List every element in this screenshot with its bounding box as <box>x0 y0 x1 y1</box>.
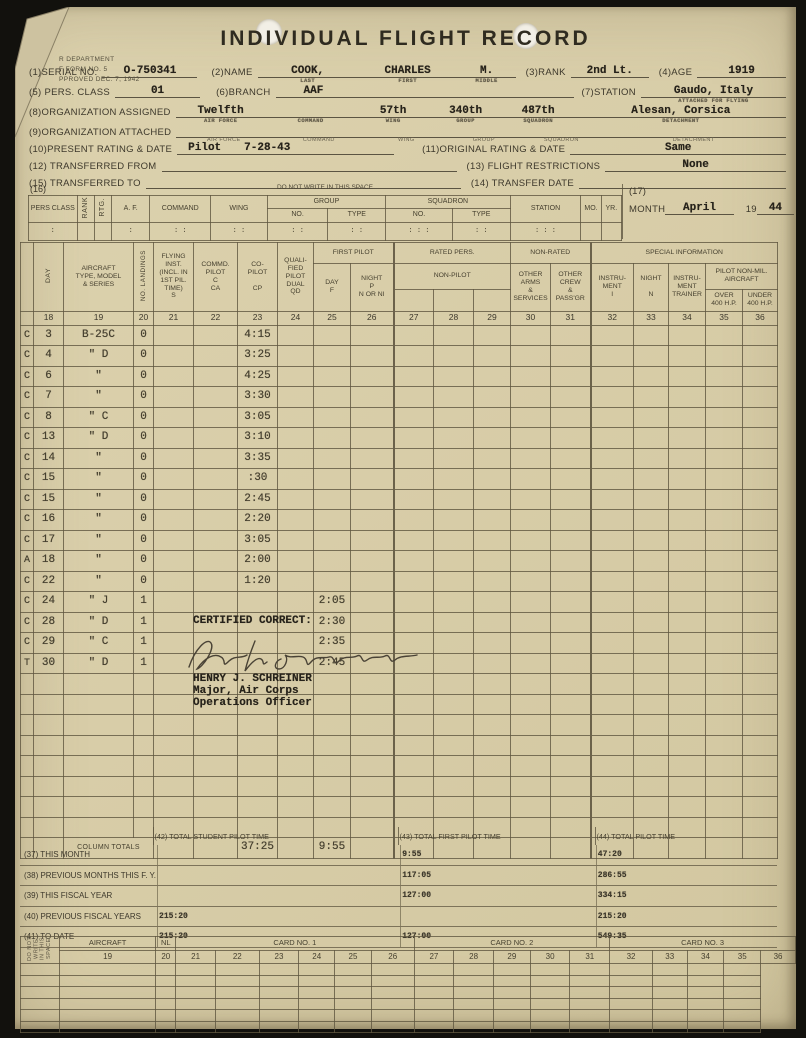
original-rating-value: Same <box>570 140 786 155</box>
header-col28-blank <box>434 289 474 311</box>
cell-32 <box>591 592 634 613</box>
header-col29-blank <box>474 289 511 311</box>
station-value: Gaudo, ItalyATTACHED FOR FLYING <box>641 83 786 98</box>
flight-restrictions-value: None <box>605 157 786 172</box>
org-assigned-wing: 57thWING <box>356 103 431 118</box>
cell-27 <box>394 428 434 449</box>
landings-cell: 1 <box>134 612 154 633</box>
aircraft-cell: " <box>64 571 134 592</box>
cell-34 <box>669 510 706 531</box>
landings-cell: 1 <box>134 633 154 654</box>
cell-36 <box>743 633 778 654</box>
landings-cell: 0 <box>134 366 154 387</box>
cell-24 <box>278 530 314 551</box>
header-night-p: NIGHT P N OR NI <box>351 263 394 311</box>
summary-table: (42) TOTAL STUDENT PILOT TIME (43) TOTAL… <box>20 827 777 845</box>
flight-table: DAY AIRCRAFT TYPE, MODEL & SERIES NO. LA… <box>20 242 778 859</box>
total-pilot-time: 215:20 <box>596 906 777 927</box>
cell-33 <box>634 592 669 613</box>
landings-cell: 0 <box>134 571 154 592</box>
cell-33 <box>634 510 669 531</box>
header-day-f: DAY F <box>314 263 351 311</box>
day-cell: 16 <box>34 510 64 531</box>
flight-row: C 6 " 0 4:25 <box>21 366 778 387</box>
cell-21 <box>154 592 194 613</box>
cell-31 <box>551 489 591 510</box>
cell-28 <box>434 530 474 551</box>
margin-col <box>21 243 34 312</box>
cell-35 <box>706 407 743 428</box>
cell-30 <box>511 633 551 654</box>
cell-36 <box>743 407 778 428</box>
col-wing: WING <box>211 196 268 223</box>
cell-29 <box>474 366 511 387</box>
cell-21 <box>154 489 194 510</box>
margin-letter: C <box>21 612 34 633</box>
cell-31 <box>551 551 591 572</box>
summary-header-row: (42) TOTAL STUDENT PILOT TIME (43) TOTAL… <box>20 827 777 845</box>
field-row-5: (10)PRESENT RATING & DATE Pilot 7-28-43 … <box>29 140 786 155</box>
landings-cell: 0 <box>134 448 154 469</box>
cell-23: 2:00 <box>238 551 278 572</box>
cell-23: 3:25 <box>238 346 278 367</box>
cell-21 <box>154 571 194 592</box>
cell-21 <box>154 325 194 346</box>
day-cell: 28 <box>34 612 64 633</box>
flight-row: C 15 " 0 :30 <box>21 469 778 490</box>
aircraft-cell: " <box>64 510 134 531</box>
cell-28 <box>434 469 474 490</box>
total-pilot-time: 286:55 <box>596 865 777 886</box>
month-label: MONTH <box>629 204 665 215</box>
cell-36 <box>743 510 778 531</box>
header-no-landings: NO. LANDINGS <box>134 243 154 312</box>
day-cell: 6 <box>34 366 64 387</box>
landings-cell: 0 <box>134 551 154 572</box>
summary-row: (37) THIS MONTH 9:55 47:20 <box>20 845 777 865</box>
cell-32 <box>591 346 634 367</box>
cell-35 <box>706 551 743 572</box>
cell-33 <box>634 346 669 367</box>
cell-33 <box>634 387 669 408</box>
card-header-row: DO NOT WRITE IN THIS SPACE AIRCRAFT NL C… <box>21 937 796 951</box>
cell-26 <box>351 551 394 572</box>
cell-21 <box>154 428 194 449</box>
cell-31 <box>551 469 591 490</box>
cell-22 <box>194 428 238 449</box>
day-cell: 14 <box>34 448 64 469</box>
cell-29 <box>474 325 511 346</box>
cell-36 <box>743 469 778 490</box>
cell-23: 3:05 <box>238 407 278 428</box>
header-non-pilot: NON-PILOT <box>394 263 511 289</box>
field-row-4: (9)ORGANIZATION ATTACHED AIR FORCE COMMA… <box>29 123 786 138</box>
flight-row: C 4 " D 0 3:25 <box>21 346 778 367</box>
cell-28 <box>434 571 474 592</box>
cell-36 <box>743 346 778 367</box>
cell-24 <box>278 469 314 490</box>
name-middle: M.MIDDLE <box>458 63 516 78</box>
cell-27 <box>394 489 434 510</box>
cell-35 <box>706 366 743 387</box>
cell-26 <box>351 571 394 592</box>
margin-letter: C <box>21 428 34 449</box>
transferred-from-value <box>162 157 457 172</box>
cell-22 <box>194 592 238 613</box>
branch-value: AAF <box>276 83 574 98</box>
cell-26 <box>351 592 394 613</box>
cell-34 <box>669 366 706 387</box>
margin-letter: C <box>21 325 34 346</box>
cell-26 <box>351 428 394 449</box>
cell-27 <box>394 469 434 490</box>
cell-29 <box>474 592 511 613</box>
cell-29 <box>474 428 511 449</box>
cell-29 <box>474 407 511 428</box>
cell-23: 1:20 <box>238 571 278 592</box>
total-pilot-time: 47:20 <box>596 845 777 865</box>
cell-27 <box>394 592 434 613</box>
cell-31 <box>551 366 591 387</box>
org-assigned-command: COMMAND <box>266 103 356 118</box>
section-17-month: (17) MONTH April 19 44 <box>622 184 794 239</box>
cell-34 <box>669 428 706 449</box>
card-empty-row <box>21 1010 796 1022</box>
day-cell: 30 <box>34 653 64 674</box>
certification-block: CERTIFIED CORRECT: HENRY J. SCHREINER Ma… <box>193 615 463 709</box>
cell-22 <box>194 346 238 367</box>
landings-cell: 0 <box>134 346 154 367</box>
cell-31 <box>551 592 591 613</box>
summary-row-label: (39) THIS FISCAL YEAR <box>20 886 158 907</box>
cell-30 <box>511 489 551 510</box>
scanned-document: R DEPARTMENT F FORM NO. 5 PPROVED DEC. 7… <box>0 0 806 1038</box>
field-row-6: (12) TRANSFERRED FROM (13) FLIGHT RESTRI… <box>29 157 786 172</box>
header-night-n: NIGHT N <box>634 263 669 311</box>
cell-32 <box>591 633 634 654</box>
cell-28 <box>434 510 474 531</box>
cell-30 <box>511 469 551 490</box>
header-commd-pilot: COMMD. PILOT C CA <box>194 243 238 312</box>
summary-section: (42) TOTAL STUDENT PILOT TIME (43) TOTAL… <box>20 827 777 948</box>
cell-27 <box>394 551 434 572</box>
cell-26 <box>351 366 394 387</box>
aircraft-cell: B-25C <box>64 325 134 346</box>
landings-cell: 0 <box>134 407 154 428</box>
cell-34 <box>669 448 706 469</box>
cell-25 <box>314 407 351 428</box>
card-no-2-header: CARD NO. 2 <box>414 937 610 951</box>
org-attached-airforce: AIR FORCE <box>176 123 271 138</box>
cell-35 <box>706 346 743 367</box>
cell-35 <box>706 448 743 469</box>
cell-32 <box>591 612 634 633</box>
header-over-400: OVER 400 H.P. <box>706 289 743 311</box>
day-cell: 22 <box>34 571 64 592</box>
landings-cell: 0 <box>134 530 154 551</box>
cell-31 <box>551 612 591 633</box>
cell-22 <box>194 510 238 531</box>
rank-label: (3)RANK <box>516 67 571 78</box>
org-assigned-squadron: 487thSQUADRON <box>501 103 576 118</box>
cell-36 <box>743 366 778 387</box>
cell-29 <box>474 571 511 592</box>
cell-36 <box>743 530 778 551</box>
day-cell: 4 <box>34 346 64 367</box>
org-attached-group: GROUP <box>446 123 521 138</box>
cell-28 <box>434 428 474 449</box>
col-command: COMMAND <box>150 196 211 223</box>
cell-26 <box>351 469 394 490</box>
first-pilot-time: 9:55 <box>401 845 597 865</box>
col-station: STATION <box>510 196 581 223</box>
cell-23: 2:45 <box>238 489 278 510</box>
signature <box>181 629 431 677</box>
card-empty-row <box>21 998 796 1010</box>
section-16: (16) DO NOT WRITE IN THIS SPACE PERS CLA… <box>28 184 622 241</box>
margin-letter: C <box>21 407 34 428</box>
cell-28 <box>434 448 474 469</box>
margin-letter: C <box>21 346 34 367</box>
cell-23: 4:15 <box>238 325 278 346</box>
cell-26 <box>351 346 394 367</box>
cell-22 <box>194 387 238 408</box>
cell-32 <box>591 469 634 490</box>
cell-32 <box>591 448 634 469</box>
summary-row-label: (37) THIS MONTH <box>20 845 158 865</box>
margin-letter: C <box>21 592 34 613</box>
flight-row: C 13 " D 0 3:10 <box>21 428 778 449</box>
cell-25 <box>314 551 351 572</box>
cell-31 <box>551 428 591 449</box>
cell-34 <box>669 469 706 490</box>
squadron-type: TYPE <box>452 209 510 223</box>
org-attached-wing: WING <box>366 123 446 138</box>
flight-restrictions-label: (13) FLIGHT RESTRICTIONS <box>457 161 606 172</box>
day-cell: 3 <box>34 325 64 346</box>
cell-21 <box>154 366 194 387</box>
cell-30 <box>511 653 551 674</box>
header-day: DAY <box>34 243 64 312</box>
cell-32 <box>591 551 634 572</box>
signer-rank: Major, Air Corps <box>193 685 463 697</box>
student-time <box>158 845 401 865</box>
cell-35 <box>706 653 743 674</box>
cell-27 <box>394 387 434 408</box>
cell-22 <box>194 489 238 510</box>
cell-33 <box>634 428 669 449</box>
landings-cell: 0 <box>134 387 154 408</box>
cell-23: 3:05 <box>238 530 278 551</box>
present-rating-value: Pilot <box>177 140 232 155</box>
cell-35 <box>706 387 743 408</box>
cell-26 <box>351 407 394 428</box>
cell-29 <box>474 346 511 367</box>
org-attached-label: (9)ORGANIZATION ATTACHED <box>29 127 176 138</box>
group-no: NO. <box>267 209 328 223</box>
cell-25 <box>314 489 351 510</box>
cell-30 <box>511 366 551 387</box>
cell-32 <box>591 325 634 346</box>
cell-34 <box>669 612 706 633</box>
cell-34 <box>669 551 706 572</box>
cell-33 <box>634 653 669 674</box>
squadron-no: NO. <box>386 209 453 223</box>
cell-22 <box>194 469 238 490</box>
paper-sheet: R DEPARTMENT F FORM NO. 5 PPROVED DEC. 7… <box>15 7 796 1029</box>
year-printed: 19 <box>734 204 757 215</box>
cell-21 <box>154 551 194 572</box>
col-mo: MO. <box>581 196 601 223</box>
cell-27 <box>394 448 434 469</box>
margin-letter: C <box>21 571 34 592</box>
cell-31 <box>551 448 591 469</box>
col-pers-class: PERS CLASS <box>29 196 78 223</box>
margin-letter: C <box>21 633 34 654</box>
cell-34 <box>669 633 706 654</box>
cell-28 <box>434 489 474 510</box>
cell-32 <box>591 489 634 510</box>
cell-22 <box>194 530 238 551</box>
cell-21 <box>154 387 194 408</box>
cell-32 <box>591 366 634 387</box>
cell-25 <box>314 571 351 592</box>
cell-24 <box>278 366 314 387</box>
card-empty-row <box>21 987 796 999</box>
name-first: CHARLESFIRST <box>358 63 458 78</box>
header-qualified: QUALI- FIED PILOT DUAL QD <box>278 243 314 312</box>
summary-row: (40) PREVIOUS FISCAL YEARS 215:20 215:20 <box>20 906 777 927</box>
cell-34 <box>669 346 706 367</box>
header-col27-blank <box>394 289 434 311</box>
org-attached-detachment: DETACHMENT <box>601 123 786 138</box>
total-pilot-header: (44) TOTAL PILOT TIME <box>595 827 777 845</box>
cell-32 <box>591 510 634 531</box>
cell-31 <box>551 407 591 428</box>
station-label: (7)STATION <box>574 87 641 98</box>
column-number-row: 18 19 20 21 22 23 24 25 26 27 28 29 30 3… <box>21 311 778 325</box>
year-value: 44 <box>757 200 794 215</box>
card-empty-row <box>21 975 796 987</box>
certified-correct-heading: CERTIFIED CORRECT: <box>193 615 463 627</box>
cell-23: 3:10 <box>238 428 278 449</box>
header-under-400: UNDER 400 H.P. <box>743 289 778 311</box>
cell-30 <box>511 407 551 428</box>
cell-28 <box>434 592 474 613</box>
cell-34 <box>669 387 706 408</box>
flight-row: C 17 " 0 3:05 <box>21 530 778 551</box>
cell-22 <box>194 325 238 346</box>
cell-24 <box>278 592 314 613</box>
aircraft-cell: " <box>64 366 134 387</box>
col-yr: YR. <box>601 196 621 223</box>
card-empty-row <box>21 1021 796 1033</box>
landings-cell: 0 <box>134 325 154 346</box>
cell-30 <box>511 551 551 572</box>
cell-25 <box>314 325 351 346</box>
cell-29 <box>474 530 511 551</box>
cell-31 <box>551 387 591 408</box>
signer-name: HENRY J. SCHREINER <box>193 673 463 685</box>
cell-30 <box>511 571 551 592</box>
name-label: (2)NAME <box>197 67 257 78</box>
cell-36 <box>743 592 778 613</box>
cell-25 <box>314 448 351 469</box>
cell-25 <box>314 428 351 449</box>
cell-36 <box>743 551 778 572</box>
cell-21 <box>154 346 194 367</box>
header-flying-inst: FLYING INST. (INCL. IN 1ST PIL. TIME) S <box>154 243 194 312</box>
cell-26 <box>351 489 394 510</box>
aircraft-cell: " <box>64 530 134 551</box>
cell-35 <box>706 530 743 551</box>
cell-26 <box>351 448 394 469</box>
cell-29 <box>474 489 511 510</box>
cell-22 <box>194 407 238 428</box>
cell-31 <box>551 325 591 346</box>
cell-24 <box>278 407 314 428</box>
field-row-2: (5) PERS. CLASS 01 (6)BRANCH AAF (7)STAT… <box>29 83 786 98</box>
cell-33 <box>634 489 669 510</box>
org-attached-squadron: SQUADRON <box>521 123 601 138</box>
empty-flight-row <box>21 756 778 777</box>
col-rank: RANK <box>77 196 94 223</box>
cell-36 <box>743 612 778 633</box>
aircraft-cell: " D <box>64 612 134 633</box>
flight-row: C 15 " 0 2:45 <box>21 489 778 510</box>
cell-33 <box>634 530 669 551</box>
section16-table: PERS CLASS RANK RTG. A. F. COMMAND WING … <box>28 195 622 241</box>
cell-21 <box>154 469 194 490</box>
landings-cell: 0 <box>134 428 154 449</box>
branch-label: (6)BRANCH <box>200 87 275 98</box>
cell-30 <box>511 530 551 551</box>
card-table: DO NOT WRITE IN THIS SPACE AIRCRAFT NL C… <box>20 936 796 1033</box>
group-type: TYPE <box>328 209 386 223</box>
cell-35 <box>706 612 743 633</box>
cell-27 <box>394 571 434 592</box>
age-value: 1919 <box>697 63 786 78</box>
header-aircraft: AIRCRAFT TYPE, MODEL & SERIES <box>64 243 134 312</box>
cell-25 <box>314 366 351 387</box>
col-squadron: SQUADRON <box>386 196 510 209</box>
margin-letter: T <box>21 653 34 674</box>
cell-28 <box>434 407 474 428</box>
cell-35 <box>706 592 743 613</box>
original-rating-label: (11)ORIGINAL RATING & DATE <box>394 144 570 155</box>
day-cell: 15 <box>34 489 64 510</box>
margin-letter: A <box>21 551 34 572</box>
col-rtg: RTG. <box>94 196 111 223</box>
day-cell: 13 <box>34 428 64 449</box>
header-other-arms: OTHER ARMS & SERVICES <box>511 263 551 311</box>
cell-33 <box>634 325 669 346</box>
aircraft-cell: " <box>64 551 134 572</box>
cell-34 <box>669 530 706 551</box>
serial-label: (1)SERIAL NO. <box>29 67 102 78</box>
first-pilot-time <box>401 906 597 927</box>
margin-letter: C <box>21 448 34 469</box>
day-cell: 29 <box>34 633 64 654</box>
margin-letter: C <box>21 530 34 551</box>
dotted-row: : : : : : : : : : : : : : : : : : : <box>29 223 622 241</box>
do-not-write-vertical-note: DO NOT WRITE IN THIS SPACE <box>21 937 60 964</box>
cell-29 <box>474 510 511 531</box>
cell-27 <box>394 510 434 531</box>
header-non-rated: NON-RATED <box>511 243 591 264</box>
day-cell: 8 <box>34 407 64 428</box>
present-rating-label: (10)PRESENT RATING & DATE <box>29 144 177 155</box>
